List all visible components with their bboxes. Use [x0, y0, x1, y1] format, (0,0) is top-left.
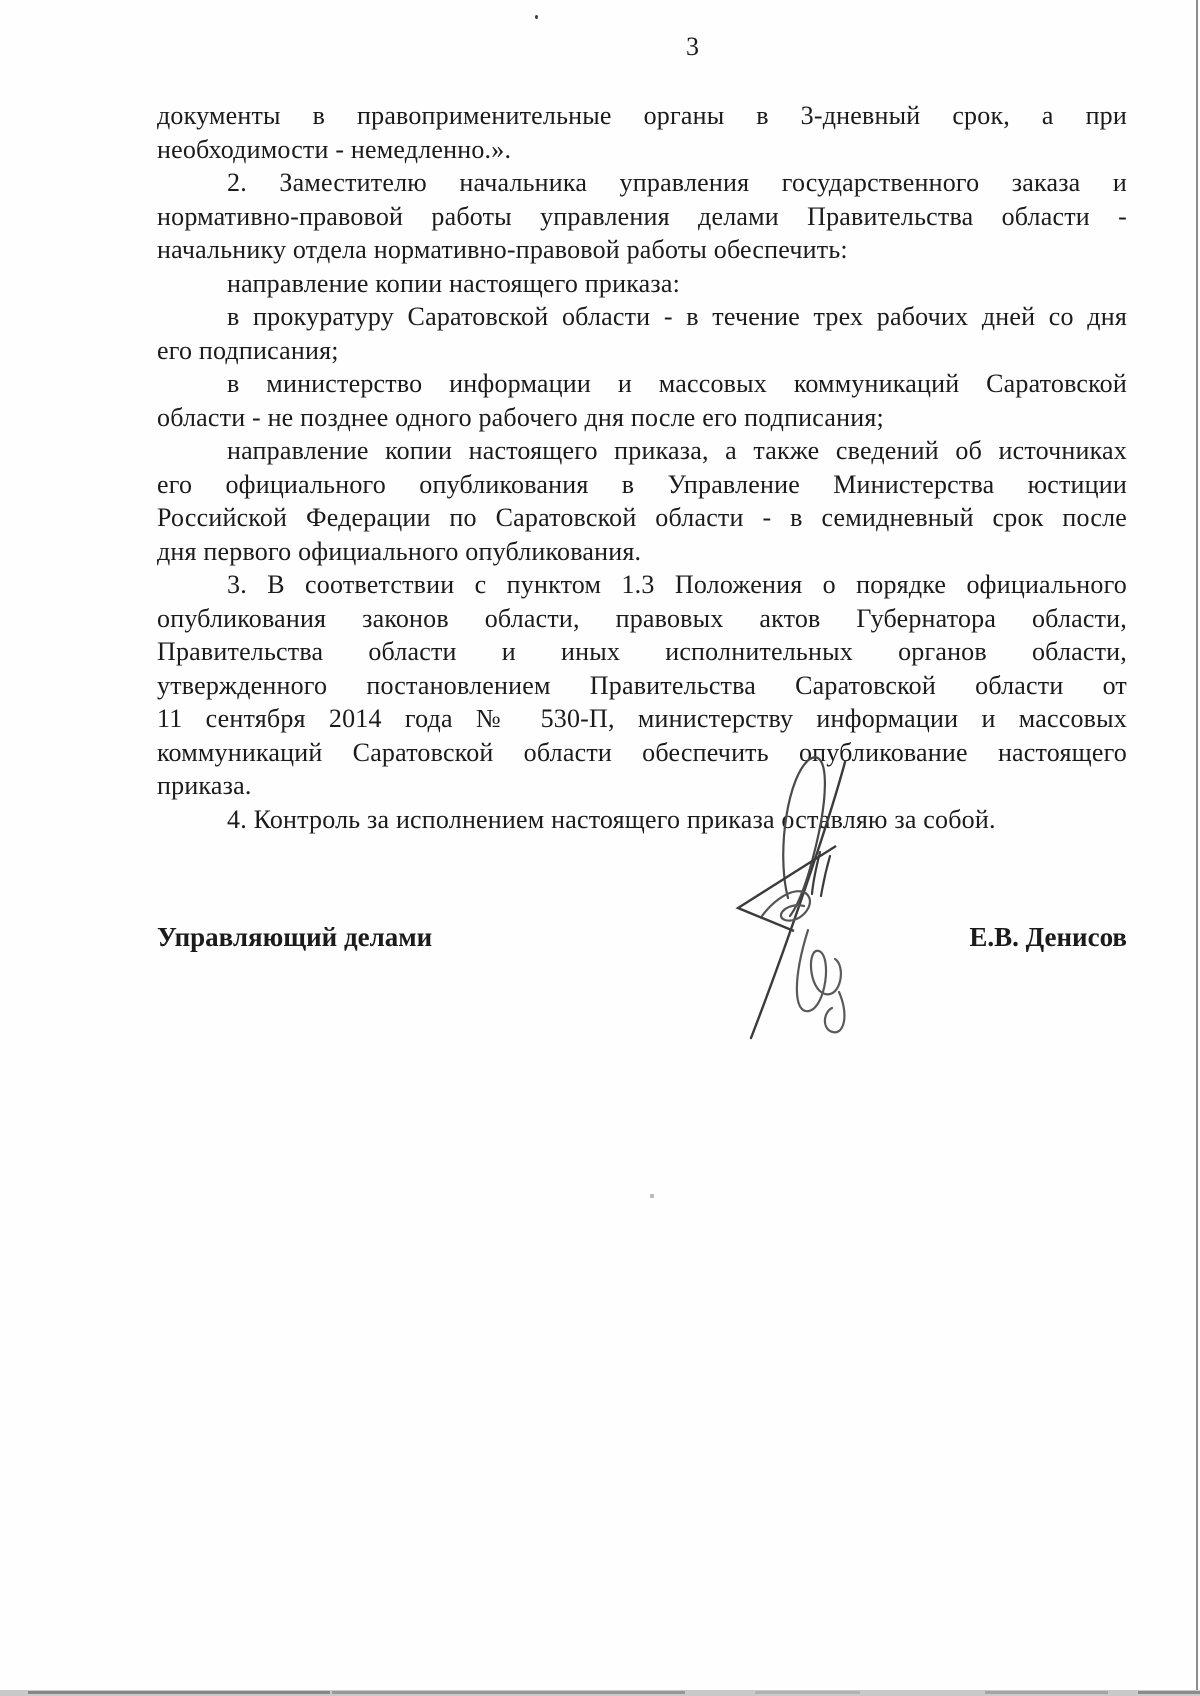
document-line: начальнику отдела нормативно-правовой ра… [157, 233, 1127, 267]
handwritten-signature-icon [690, 740, 890, 1050]
scan-band-segment [332, 1691, 685, 1694]
document-line: Правительства области и иных исполнитель… [157, 635, 1127, 669]
document-line: в прокуратуру Саратовской области - в те… [157, 300, 1127, 334]
document-line: 11 сентября 2014 года № 530-П, министерс… [157, 702, 1127, 736]
document-line: документы в правоприменительные органы в… [157, 99, 1127, 133]
scan-bottom-band [0, 1690, 1200, 1696]
document-line: нормативно-правовой работы управления де… [157, 200, 1127, 234]
document-line: утвержденного постановлением Правительст… [157, 669, 1127, 703]
signer-name: Е.В. Денисов [969, 921, 1127, 953]
document-line: дня первого официального опубликования. [157, 535, 1127, 569]
document-body: документы в правоприменительные органы в… [157, 99, 1127, 836]
document-line: его официального опубликования в Управле… [157, 468, 1127, 502]
document-line: направление копии настоящего приказа: [157, 267, 1127, 301]
scan-band-segment [28, 1691, 330, 1694]
document-line: 4. Контроль за исполнением настоящего пр… [157, 803, 1127, 837]
document-line: его подписания; [157, 334, 1127, 368]
scan-band-segment [755, 1691, 860, 1694]
document-line: направление копии настоящего приказа, а … [157, 434, 1127, 468]
document-line: приказа. [157, 769, 1127, 803]
scan-speck [650, 1194, 654, 1198]
scan-band-segment [985, 1691, 1108, 1694]
document-line: области - не позднее одного рабочего дня… [157, 401, 1127, 435]
scan-speck [535, 15, 538, 19]
scan-band-segment [1138, 1691, 1200, 1694]
signature-block: Управляющий делами Е.В. Денисов [157, 921, 1127, 953]
document-line: Российской Федерации по Саратовской обла… [157, 501, 1127, 535]
document-line: 2. Заместителю начальника управления гос… [157, 166, 1127, 200]
document-line: в министерство информации и массовых ком… [157, 367, 1127, 401]
document-line: необходимости - немедленно.». [157, 133, 1127, 167]
document-line: коммуникаций Саратовской области обеспеч… [157, 736, 1127, 770]
document-line: опубликования законов области, правовых … [157, 602, 1127, 636]
scan-edge-line [1196, 0, 1198, 1692]
document-page: 3 документы в правоприменительные органы… [0, 0, 1200, 1696]
document-line: 3. В соответствии с пунктом 1.3 Положени… [157, 568, 1127, 602]
signer-position-title: Управляющий делами [157, 921, 432, 953]
page-number: 3 [686, 33, 699, 61]
